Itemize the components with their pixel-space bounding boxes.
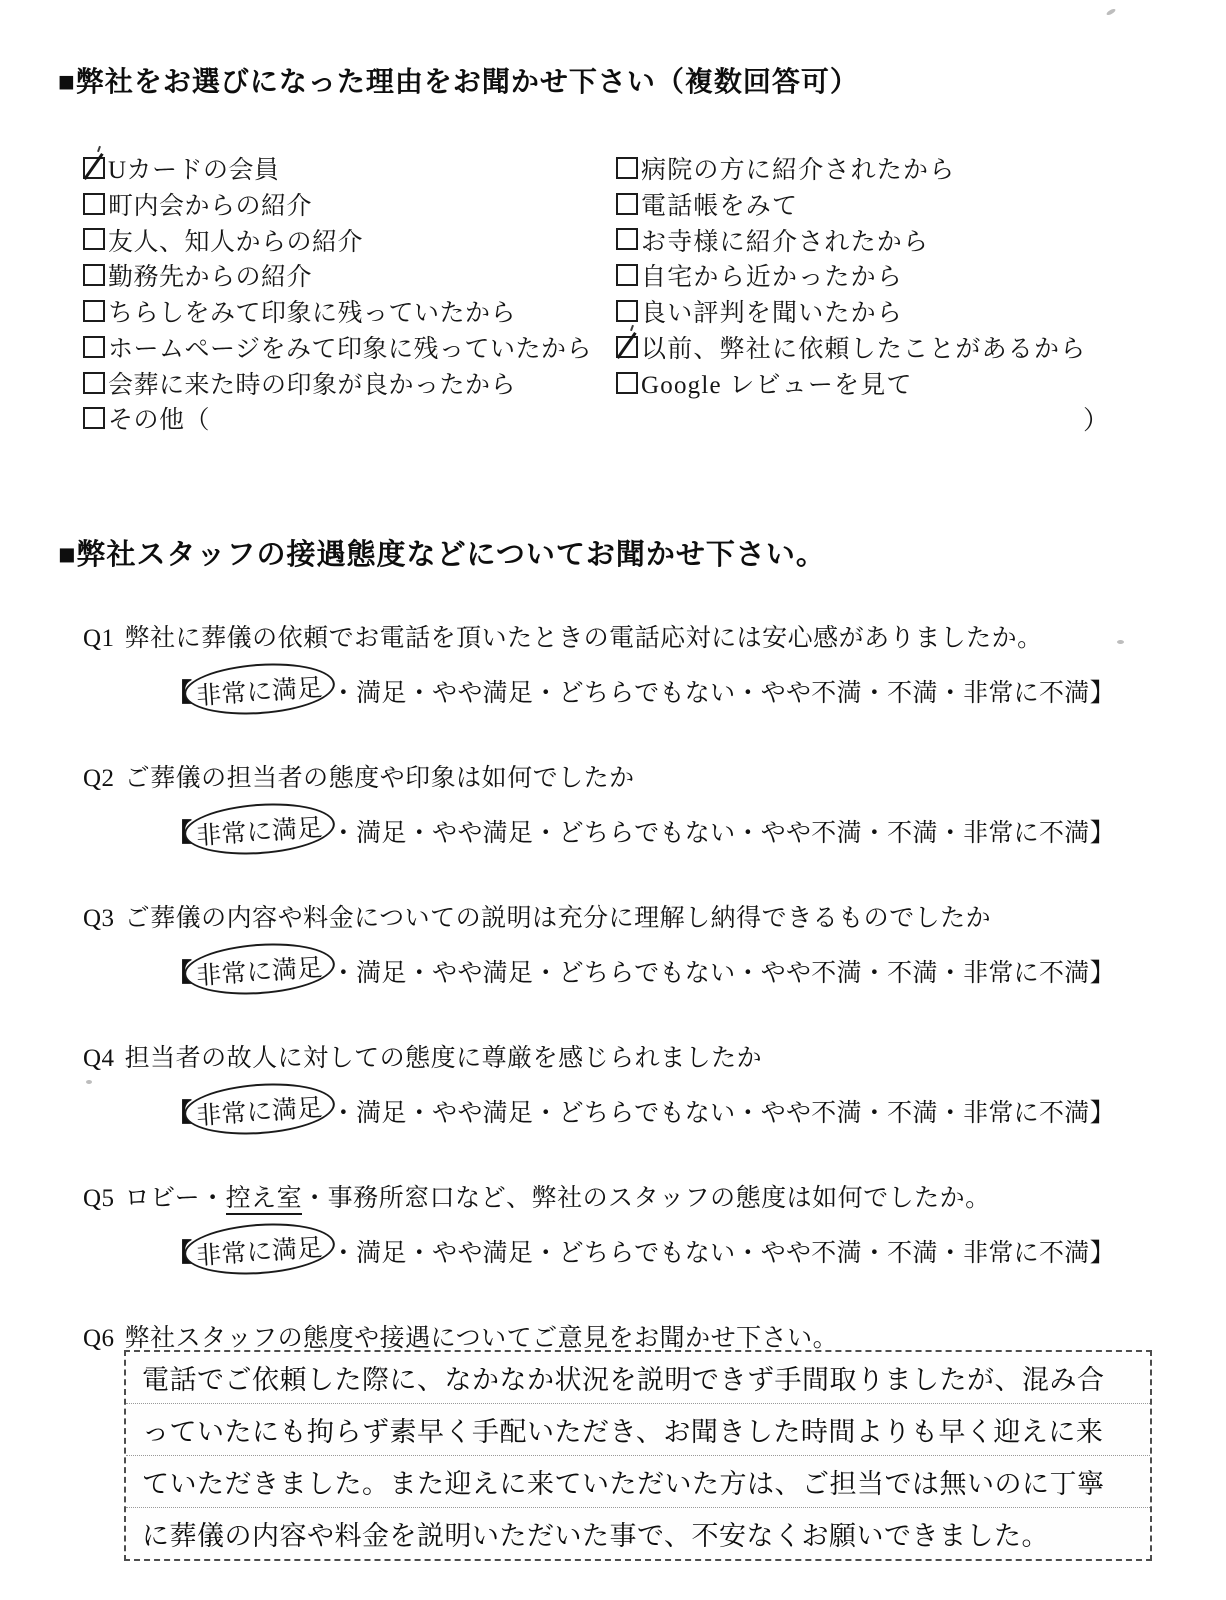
checkbox (83, 300, 105, 322)
checkbox-item: 会葬に来た時の印象が良かったから (83, 365, 592, 401)
checkbox-item: 勤務先からの紹介 (83, 257, 592, 293)
checkbox-label: その他（ (108, 400, 210, 436)
checkbox-label: Uカードの会員 (108, 150, 280, 186)
question-q2: Q2ご葬儀の担当者の態度や印象は如何でしたか【非常に満足・満足・やや満足・どちら… (83, 762, 1173, 854)
question-number: Q6 (83, 1322, 115, 1355)
checkbox (616, 228, 638, 250)
checkbox-label: 電話帳をみて (641, 186, 798, 222)
checkbox-item: 電話帳をみて (616, 186, 1086, 222)
question-number: Q4 (83, 1042, 115, 1075)
checkbox-item: お寺様に紹介されたから (616, 222, 1086, 258)
checkbox-checked (83, 157, 105, 179)
checkbox (83, 264, 105, 286)
checkbox-label: 病院の方に紹介されたから (641, 150, 955, 186)
question-text: 担当者の故人に対しての態度に尊厳を感じられましたか (125, 1045, 763, 1072)
question-text-part: ロビー・ (125, 1185, 226, 1212)
checkbox-item: Google レビューを見て (616, 365, 1086, 401)
question-text: ご葬儀の担当者の態度や印象は如何でしたか (125, 765, 635, 792)
question-q4: Q4担当者の故人に対しての態度に尊厳を感じられましたか【非常に満足・満足・やや満… (83, 1042, 1173, 1134)
question-number: Q5 (83, 1182, 115, 1215)
checkbox-label: 以前、弊社に依頼したことがあるから (641, 329, 1086, 365)
checkbox-label: ホームページをみて印象に残っていたから (108, 329, 592, 365)
checkbox-label: 勤務先からの紹介 (108, 257, 312, 293)
rating-scale: 【非常に満足・満足・やや満足・どちらでもない・やや不満・不満・非常に不満】 (83, 808, 1173, 854)
question-text: ご葬儀の内容や料金についての説明は充分に理解し納得できるものでしたか (125, 905, 992, 932)
other-close-paren: ） (1083, 400, 1109, 437)
checkbox-label: 町内会からの紹介 (108, 186, 312, 222)
checkbox-checked (616, 336, 638, 358)
rating-scale: 【非常に満足・満足・やや満足・どちらでもない・やや不満・不満・非常に不満】 (83, 1088, 1173, 1134)
checkbox-label: ちらしをみて印象に残っていたから (108, 293, 516, 329)
question-number: Q2 (83, 762, 115, 795)
checkbox-item: 町内会からの紹介 (83, 186, 592, 222)
reasons-right-column: 病院の方に紹介されたから電話帳をみてお寺様に紹介されたから自宅から近かったから良… (616, 150, 1086, 401)
checkbox (616, 264, 638, 286)
checkbox-item: Uカードの会員 (83, 150, 592, 186)
selected-option-circle: 非常に満足 (183, 939, 337, 999)
question-number: Q3 (83, 902, 115, 935)
q6-answer-box: 電話でご依頼した際に、なかなか状況を説明できず手間取りましたが、混み合っていたに… (124, 1350, 1152, 1561)
scan-artifact (1117, 640, 1124, 644)
checkbox-item: その他（ (83, 401, 592, 437)
checkbox-label: お寺様に紹介されたから (641, 222, 929, 258)
checkbox-label: 友人、知人からの紹介 (108, 222, 363, 258)
question-q3: Q3ご葬儀の内容や料金についての説明は充分に理解し納得できるものでしたか【非常に… (83, 902, 1173, 994)
selected-option-circle: 非常に満足 (183, 1079, 337, 1139)
section2-heading: ■弊社スタッフの接遇態度などについてお聞かせ下さい。 (58, 532, 826, 573)
checkbox-item: 以前、弊社に依頼したことがあるから (616, 329, 1086, 365)
checkbox (616, 300, 638, 322)
question-list: Q1弊社に葬儀の依頼でお電話を頂いたときの電話応対には安心感がありましたか。【非… (83, 622, 1173, 1403)
checkbox (616, 193, 638, 215)
reasons-left-column: Uカードの会員町内会からの紹介友人、知人からの紹介勤務先からの紹介ちらしをみて印… (83, 150, 592, 436)
checkbox-label: 会葬に来た時の印象が良かったから (108, 365, 516, 401)
answer-line: 電話でご依頼した際に、なかなか状況を説明できず手間取りましたが、混み合 (126, 1352, 1150, 1403)
scale-options: ・満足・やや満足・どちらでもない・やや不満・不満・非常に不満】 (331, 953, 1115, 989)
answer-line: ていただきました。また迎えに来ていただいた方は、ご担当では無いのに丁寧 (126, 1455, 1150, 1507)
checkbox-item: ちらしをみて印象に残っていたから (83, 293, 592, 329)
checkbox-item: 病院の方に紹介されたから (616, 150, 1086, 186)
question-line: Q1弊社に葬儀の依頼でお電話を頂いたときの電話応対には安心感がありましたか。 (83, 622, 1173, 655)
checkbox-item: 自宅から近かったから (616, 257, 1086, 293)
question-line: Q4担当者の故人に対しての態度に尊厳を感じられましたか (83, 1042, 1173, 1075)
underlined-text: 控え室 (226, 1185, 303, 1215)
question-line: Q2ご葬儀の担当者の態度や印象は如何でしたか (83, 762, 1173, 795)
question-q1: Q1弊社に葬儀の依頼でお電話を頂いたときの電話応対には安心感がありましたか。【非… (83, 622, 1173, 714)
selected-option-circle: 非常に満足 (183, 659, 337, 719)
question-line: Q3ご葬儀の内容や料金についての説明は充分に理解し納得できるものでしたか (83, 902, 1173, 935)
question-text: 弊社に葬儀の依頼でお電話を頂いたときの電話応対には安心感がありましたか。 (125, 625, 1043, 652)
scale-options: ・満足・やや満足・どちらでもない・やや不満・不満・非常に不満】 (331, 673, 1115, 709)
checkbox (83, 336, 105, 358)
checkbox (83, 372, 105, 394)
rating-scale: 【非常に満足・満足・やや満足・どちらでもない・やや不満・不満・非常に不満】 (83, 668, 1173, 714)
selected-option-circle: 非常に満足 (183, 1219, 337, 1279)
rating-scale: 【非常に満足・満足・やや満足・どちらでもない・やや不満・不満・非常に不満】 (83, 948, 1173, 994)
scanned-survey-page: ■弊社をお選びになった理由をお聞かせ下さい（複数回答可） Uカードの会員町内会か… (0, 0, 1226, 1600)
checkbox-label: 良い評判を聞いたから (641, 293, 903, 329)
rating-scale: 【非常に満足・満足・やや満足・どちらでもない・やや不満・不満・非常に不満】 (83, 1228, 1173, 1274)
scale-options: ・満足・やや満足・どちらでもない・やや不満・不満・非常に不満】 (331, 1233, 1115, 1269)
checkbox (616, 157, 638, 179)
scan-artifact (86, 1080, 92, 1084)
checkbox (616, 372, 638, 394)
checkbox (83, 228, 105, 250)
checkbox-item: 良い評判を聞いたから (616, 293, 1086, 329)
scan-artifact (1106, 8, 1117, 16)
checkbox-item: 友人、知人からの紹介 (83, 222, 592, 258)
checkbox-item: ホームページをみて印象に残っていたから (83, 329, 592, 365)
question-text: ロビー・控え室・事務所窓口など、弊社のスタッフの態度は如何でしたか。 (125, 1185, 991, 1215)
question-text-part: ・事務所窓口など、弊社のスタッフの態度は如何でしたか。 (302, 1185, 991, 1212)
scale-options: ・満足・やや満足・どちらでもない・やや不満・不満・非常に不満】 (331, 1093, 1115, 1129)
scale-options: ・満足・やや満足・どちらでもない・やや不満・不満・非常に不満】 (331, 813, 1115, 849)
checkbox (83, 407, 105, 429)
checkbox-label: Google レビューを見て (641, 365, 913, 401)
answer-line: に葬儀の内容や料金を説明いただいた事で、不安なくお願いできました。 (126, 1507, 1150, 1559)
question-line: Q5ロビー・控え室・事務所窓口など、弊社のスタッフの態度は如何でしたか。 (83, 1182, 1173, 1215)
question-q5: Q5ロビー・控え室・事務所窓口など、弊社のスタッフの態度は如何でしたか。【非常に… (83, 1182, 1173, 1274)
checkbox-label: 自宅から近かったから (641, 257, 903, 293)
checkbox (83, 193, 105, 215)
selected-option-circle: 非常に満足 (183, 799, 337, 859)
question-number: Q1 (83, 622, 115, 655)
question-text: 弊社スタッフの態度や接遇についてご意見をお聞かせ下さい。 (125, 1325, 839, 1352)
section1-heading: ■弊社をお選びになった理由をお聞かせ下さい（複数回答可） (58, 60, 859, 100)
answer-line: っていたにも拘らず素早く手配いただき、お聞きした時間よりも早く迎えに来 (126, 1403, 1150, 1455)
